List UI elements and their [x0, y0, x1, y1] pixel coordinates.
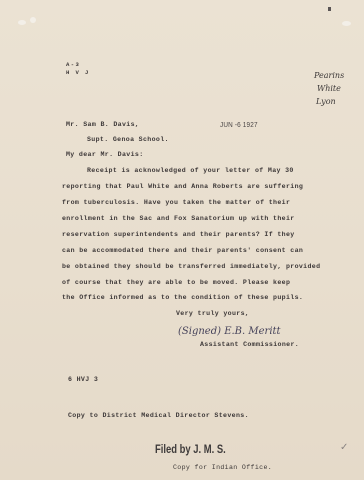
- margin-note-line-3: Lyon: [316, 98, 336, 106]
- top-right-mark: [328, 7, 331, 11]
- body-line: the Office informed as to the condition …: [62, 295, 303, 302]
- reference-line-1: A-3: [66, 62, 80, 68]
- paper-blemish: [18, 20, 26, 25]
- recipient-title: Supt. Genoa School.: [87, 137, 169, 144]
- office-copy-note: Copy for Indian Office.: [173, 465, 272, 472]
- file-reference: 6 HVJ 3: [68, 377, 98, 384]
- reference-line-2: H V J: [66, 70, 90, 76]
- body-line: of course that they are able to be moved…: [62, 280, 290, 287]
- margin-note-line-1: Pearins: [314, 72, 344, 80]
- paper-blemish: [30, 17, 36, 23]
- body-line: can be accommodated there and their pare…: [62, 248, 303, 255]
- body-line: reporting that Paul White and Anna Rober…: [62, 184, 303, 191]
- signature: (Signed) E.B. Meritt: [178, 327, 281, 337]
- closing: Very truly yours,: [176, 311, 249, 318]
- signer-title: Assistant Commissioner.: [200, 342, 299, 349]
- copy-note: Copy to District Medical Director Steven…: [68, 413, 249, 420]
- salutation: My dear Mr. Davis:: [66, 152, 144, 159]
- letter-page: A-3 H V J Pearins White Lyon Mr. Sam B. …: [0, 0, 364, 480]
- filed-stamp: Filed by J. M. S.: [155, 445, 226, 457]
- body-line: enrollment in the Sac and Fox Sanatorium…: [62, 216, 295, 223]
- body-line: Receipt is acknowledged of your letter o…: [87, 168, 294, 175]
- check-mark: ✓: [340, 443, 348, 453]
- body-line: be obtained they should be transferred i…: [62, 264, 320, 271]
- body-line: from tuberculosis. Have you taken the ma…: [62, 200, 290, 207]
- recipient-name: Mr. Sam B. Davis,: [66, 122, 139, 129]
- date-stamp: JUN -6 1927: [220, 121, 258, 129]
- body-line: reservation superintendents and their pa…: [62, 232, 295, 239]
- paper-blemish: [342, 21, 351, 26]
- margin-note-line-2: White: [317, 85, 341, 93]
